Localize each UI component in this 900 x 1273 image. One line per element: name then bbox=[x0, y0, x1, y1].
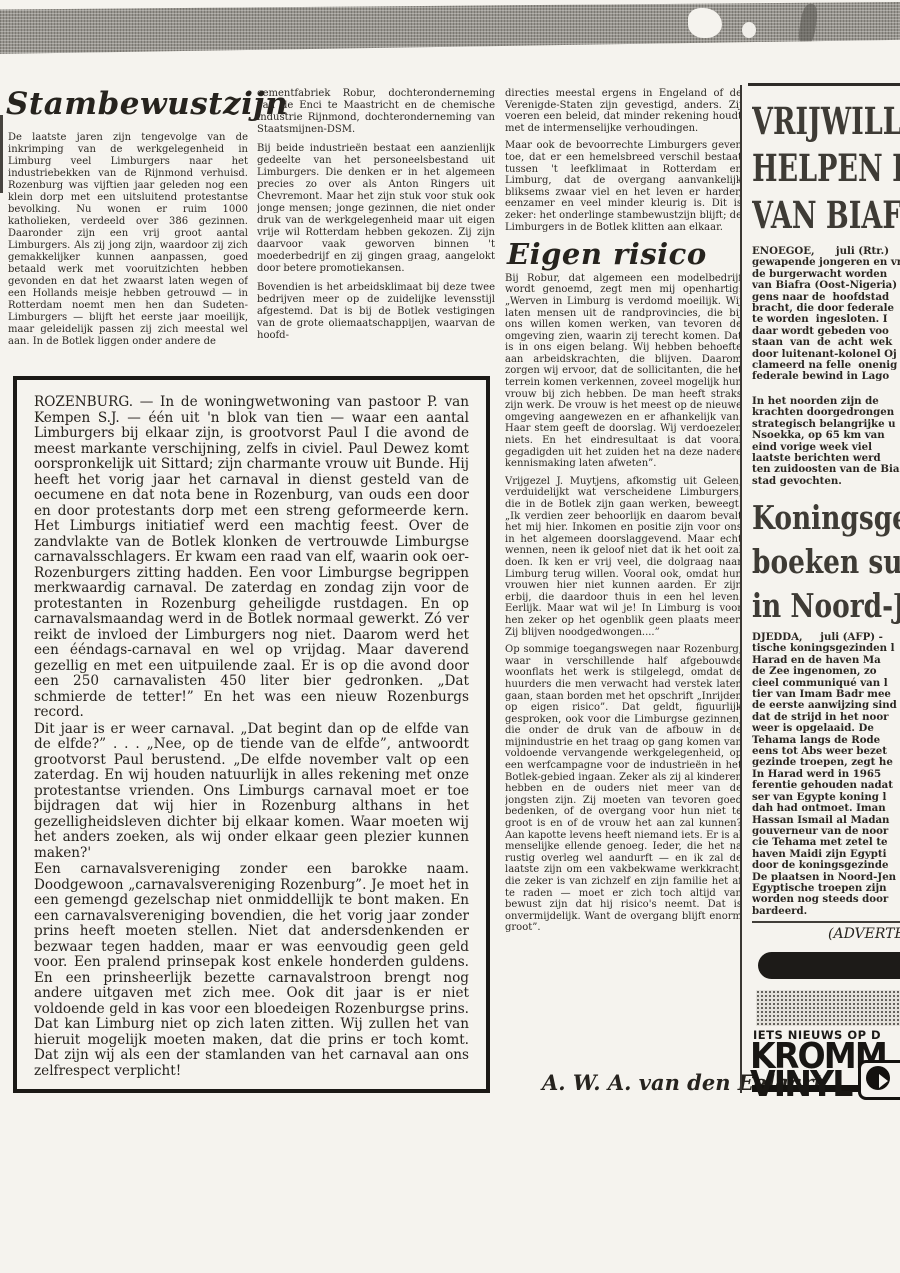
paragraph: directies meestal ergens in Engeland of … bbox=[505, 88, 742, 134]
advert-logo-circle-icon bbox=[866, 1066, 890, 1090]
article-title-stambewustzijn: Stambewustzijn bbox=[6, 86, 288, 122]
paragraph: ROZENBURG. — In de woningwetwoning van p… bbox=[34, 395, 469, 721]
stambewustzijn-column-2: cementfabriek Robur, dochteronderneming … bbox=[257, 88, 495, 374]
paragraph: De laatste jaren zijn tengevolge van de … bbox=[8, 132, 248, 348]
biafra-headline-text: VRIJWILLI HELPEN L VAN BIAFR bbox=[752, 98, 900, 239]
advert-divider-rule bbox=[752, 921, 900, 923]
paragraph: Een carnavalsvereniging zonder een barok… bbox=[34, 862, 469, 1079]
paragraph: Bij Robur, dat algemeen een modelbedrijf… bbox=[505, 273, 742, 470]
stambewustzijn-column-1: De laatste jaren zijn tengevolge van de … bbox=[8, 132, 248, 374]
subhead-eigen-risico: Eigen risico bbox=[507, 249, 742, 261]
advert-tube-image bbox=[758, 952, 900, 979]
scan-dark-streak bbox=[797, 4, 819, 46]
advert-word-vinyl: VINYL bbox=[750, 1064, 852, 1105]
biafra-paragraph-2: In het noorden zijn de krachten doorgedr… bbox=[752, 396, 900, 492]
advertisement-label: (ADVERTEN bbox=[828, 926, 900, 942]
scan-white-patch bbox=[688, 8, 722, 38]
paragraph: Maar ook de bevoorrechte Limburgers geve… bbox=[505, 140, 742, 233]
column-divider-rule bbox=[740, 85, 742, 1093]
advertisement-block: IETS NIEUWS OP D KROMM VINYL bbox=[752, 948, 900, 1098]
scan-white-patch-small bbox=[742, 22, 756, 38]
paragraph: Op sommige toegangswegen naar Rozenburg,… bbox=[505, 644, 742, 934]
right-column-top-rule bbox=[748, 83, 900, 86]
biafra-headline: VRIJWILLI HELPEN L VAN BIAFR bbox=[752, 98, 900, 240]
advert-logo bbox=[858, 1060, 900, 1100]
yemen-headline: Koningsgez boeken suc in Noord-Je bbox=[752, 496, 900, 630]
paragraph: Bij beide industrieën bestaat een aanzie… bbox=[257, 143, 495, 275]
paragraph: Bovendien is het arbeidsklimaat bij deze… bbox=[257, 282, 495, 342]
yemen-paragraph-1: DJEDDA, juli (AFP) - tische koningsgezin… bbox=[752, 632, 900, 920]
byline: A. W. A. van den Eelaart bbox=[542, 1070, 752, 1095]
page-edge-artifact bbox=[0, 115, 3, 193]
boxed-article-rozenburg: ROZENBURG. — In de woningwetwoning van p… bbox=[13, 376, 490, 1093]
paragraph: Vrijgezel J. Muytjens, afkomstig uit Gel… bbox=[505, 476, 742, 638]
paragraph: Dit jaar is er weer carnaval. „Dat begin… bbox=[34, 722, 469, 862]
advert-logo-wedge-icon bbox=[879, 1074, 888, 1088]
yemen-headline-text: Koningsgez boeken suc in Noord-Je bbox=[752, 496, 900, 628]
scan-fold-band bbox=[0, 2, 900, 56]
biafra-paragraph-1: ENOEGOE, juli (Rtr.) gewapende jongeren … bbox=[752, 246, 900, 386]
advert-halftone-band bbox=[756, 990, 900, 1026]
stambewustzijn-column-3: directies meestal ergens in Engeland of … bbox=[505, 88, 742, 1080]
newspaper-page: Stambewustzijn De laatste jaren zijn ten… bbox=[0, 0, 900, 1273]
paragraph: cementfabriek Robur, dochteronderneming … bbox=[257, 88, 495, 136]
